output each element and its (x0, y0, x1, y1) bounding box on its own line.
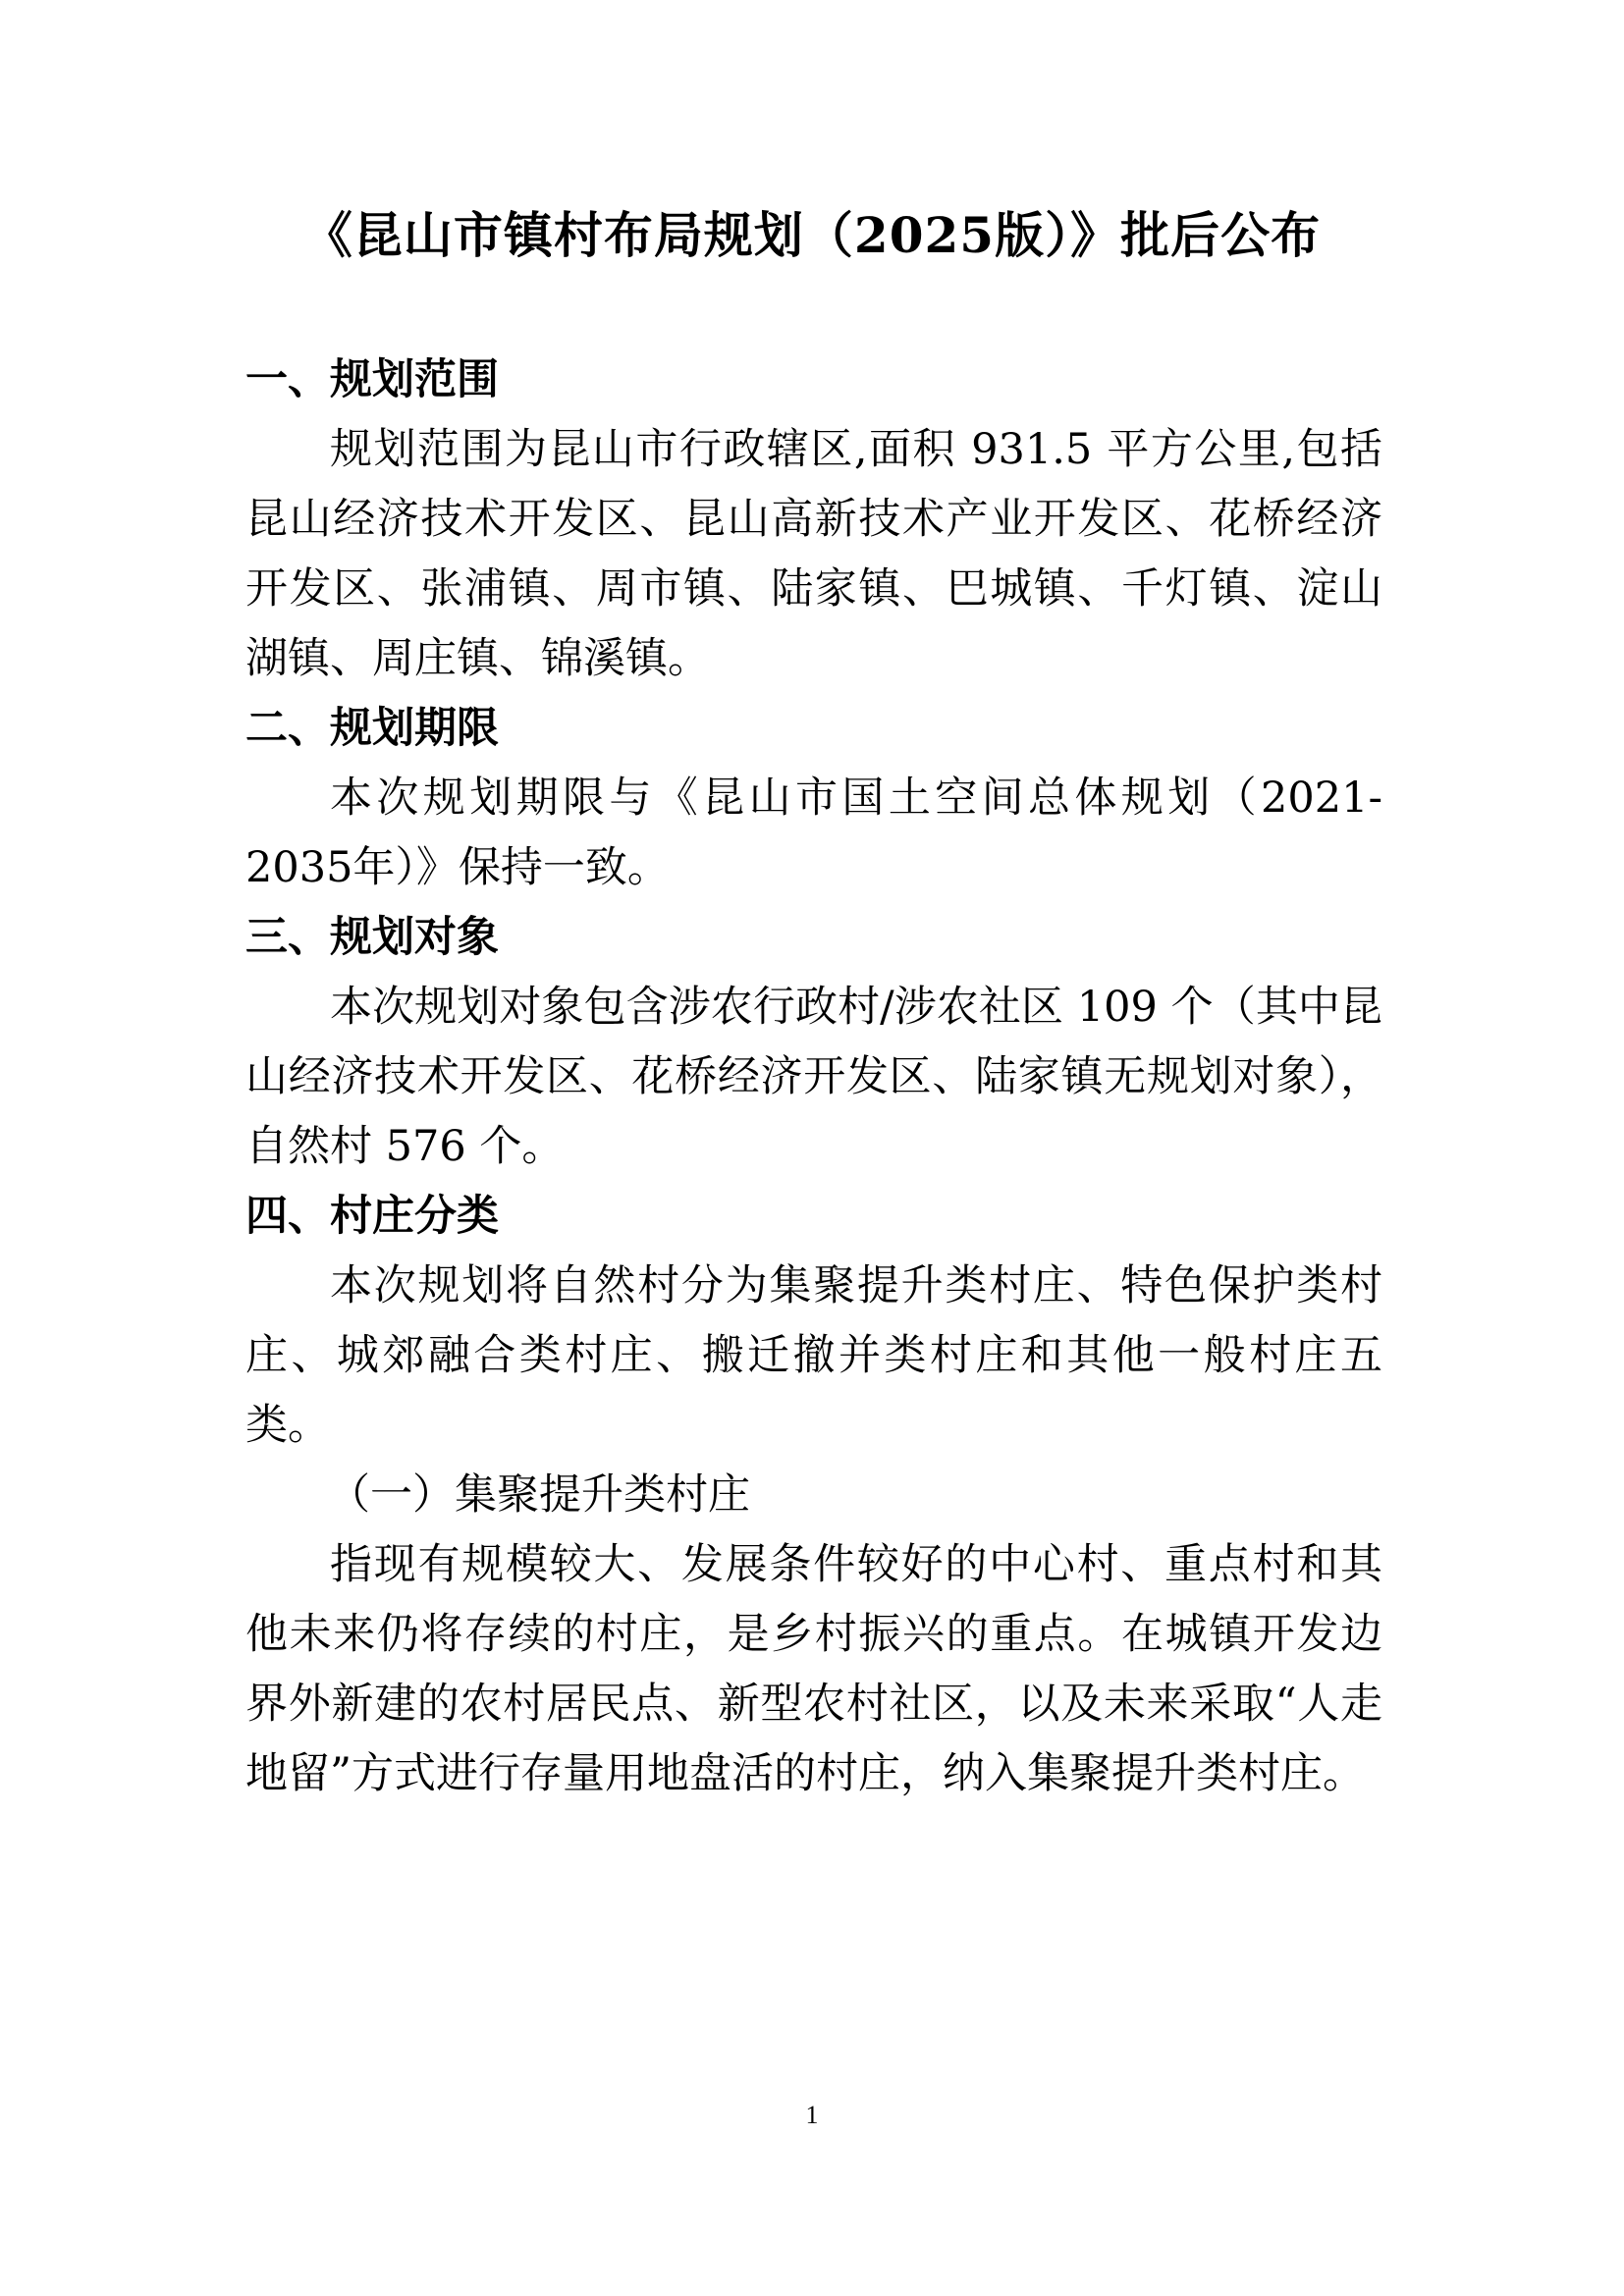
section-paragraph: 规划范围为昆山市行政辖区,面积 931.5 平方公里,包括昆山经济技术开发区、昆… (245, 415, 1382, 694)
section-heading: 四、村庄分类 (245, 1182, 1382, 1252)
section-paragraph: 本次规划将自然村分为集聚提升类村庄、特色保护类村庄、城郊融合类村庄、搬迁撤并类村… (245, 1252, 1382, 1461)
section-village-classification: 四、村庄分类 本次规划将自然村分为集聚提升类村庄、特色保护类村庄、城郊融合类村庄… (245, 1182, 1382, 1809)
section-heading: 二、规划期限 (245, 694, 1382, 764)
document-title: 《昆山市镇村布局规划（2025版）》批后公布 (0, 204, 1624, 267)
section-planning-scope: 一、规划范围 规划范围为昆山市行政辖区,面积 931.5 平方公里,包括昆山经济… (245, 346, 1382, 694)
document-page: 《昆山市镇村布局规划（2025版）》批后公布 一、规划范围 规划范围为昆山市行政… (0, 0, 1624, 2296)
section-planning-objects: 三、规划对象 本次规划对象包含涉农行政村/涉农社区 109 个（其中昆山经济技术… (245, 903, 1382, 1182)
page-number: 1 (0, 2101, 1624, 2130)
section-heading: 一、规划范围 (245, 346, 1382, 415)
document-body: 一、规划范围 规划范围为昆山市行政辖区,面积 931.5 平方公里,包括昆山经济… (245, 346, 1382, 1809)
section-planning-period: 二、规划期限 本次规划期限与《昆山市国土空间总体规划（2021-2035年）》保… (245, 694, 1382, 903)
section-paragraph: 本次规划对象包含涉农行政村/涉农社区 109 个（其中昆山经济技术开发区、花桥经… (245, 973, 1382, 1182)
subsection-paragraph: 指现有规模较大、发展条件较好的中心村、重点村和其他未来仍将存续的村庄，是乡村振兴… (245, 1530, 1382, 1809)
section-heading: 三、规划对象 (245, 903, 1382, 973)
section-paragraph: 本次规划期限与《昆山市国土空间总体规划（2021-2035年）》保持一致。 (245, 764, 1382, 903)
subsection-heading: （一）集聚提升类村庄 (245, 1461, 1382, 1530)
